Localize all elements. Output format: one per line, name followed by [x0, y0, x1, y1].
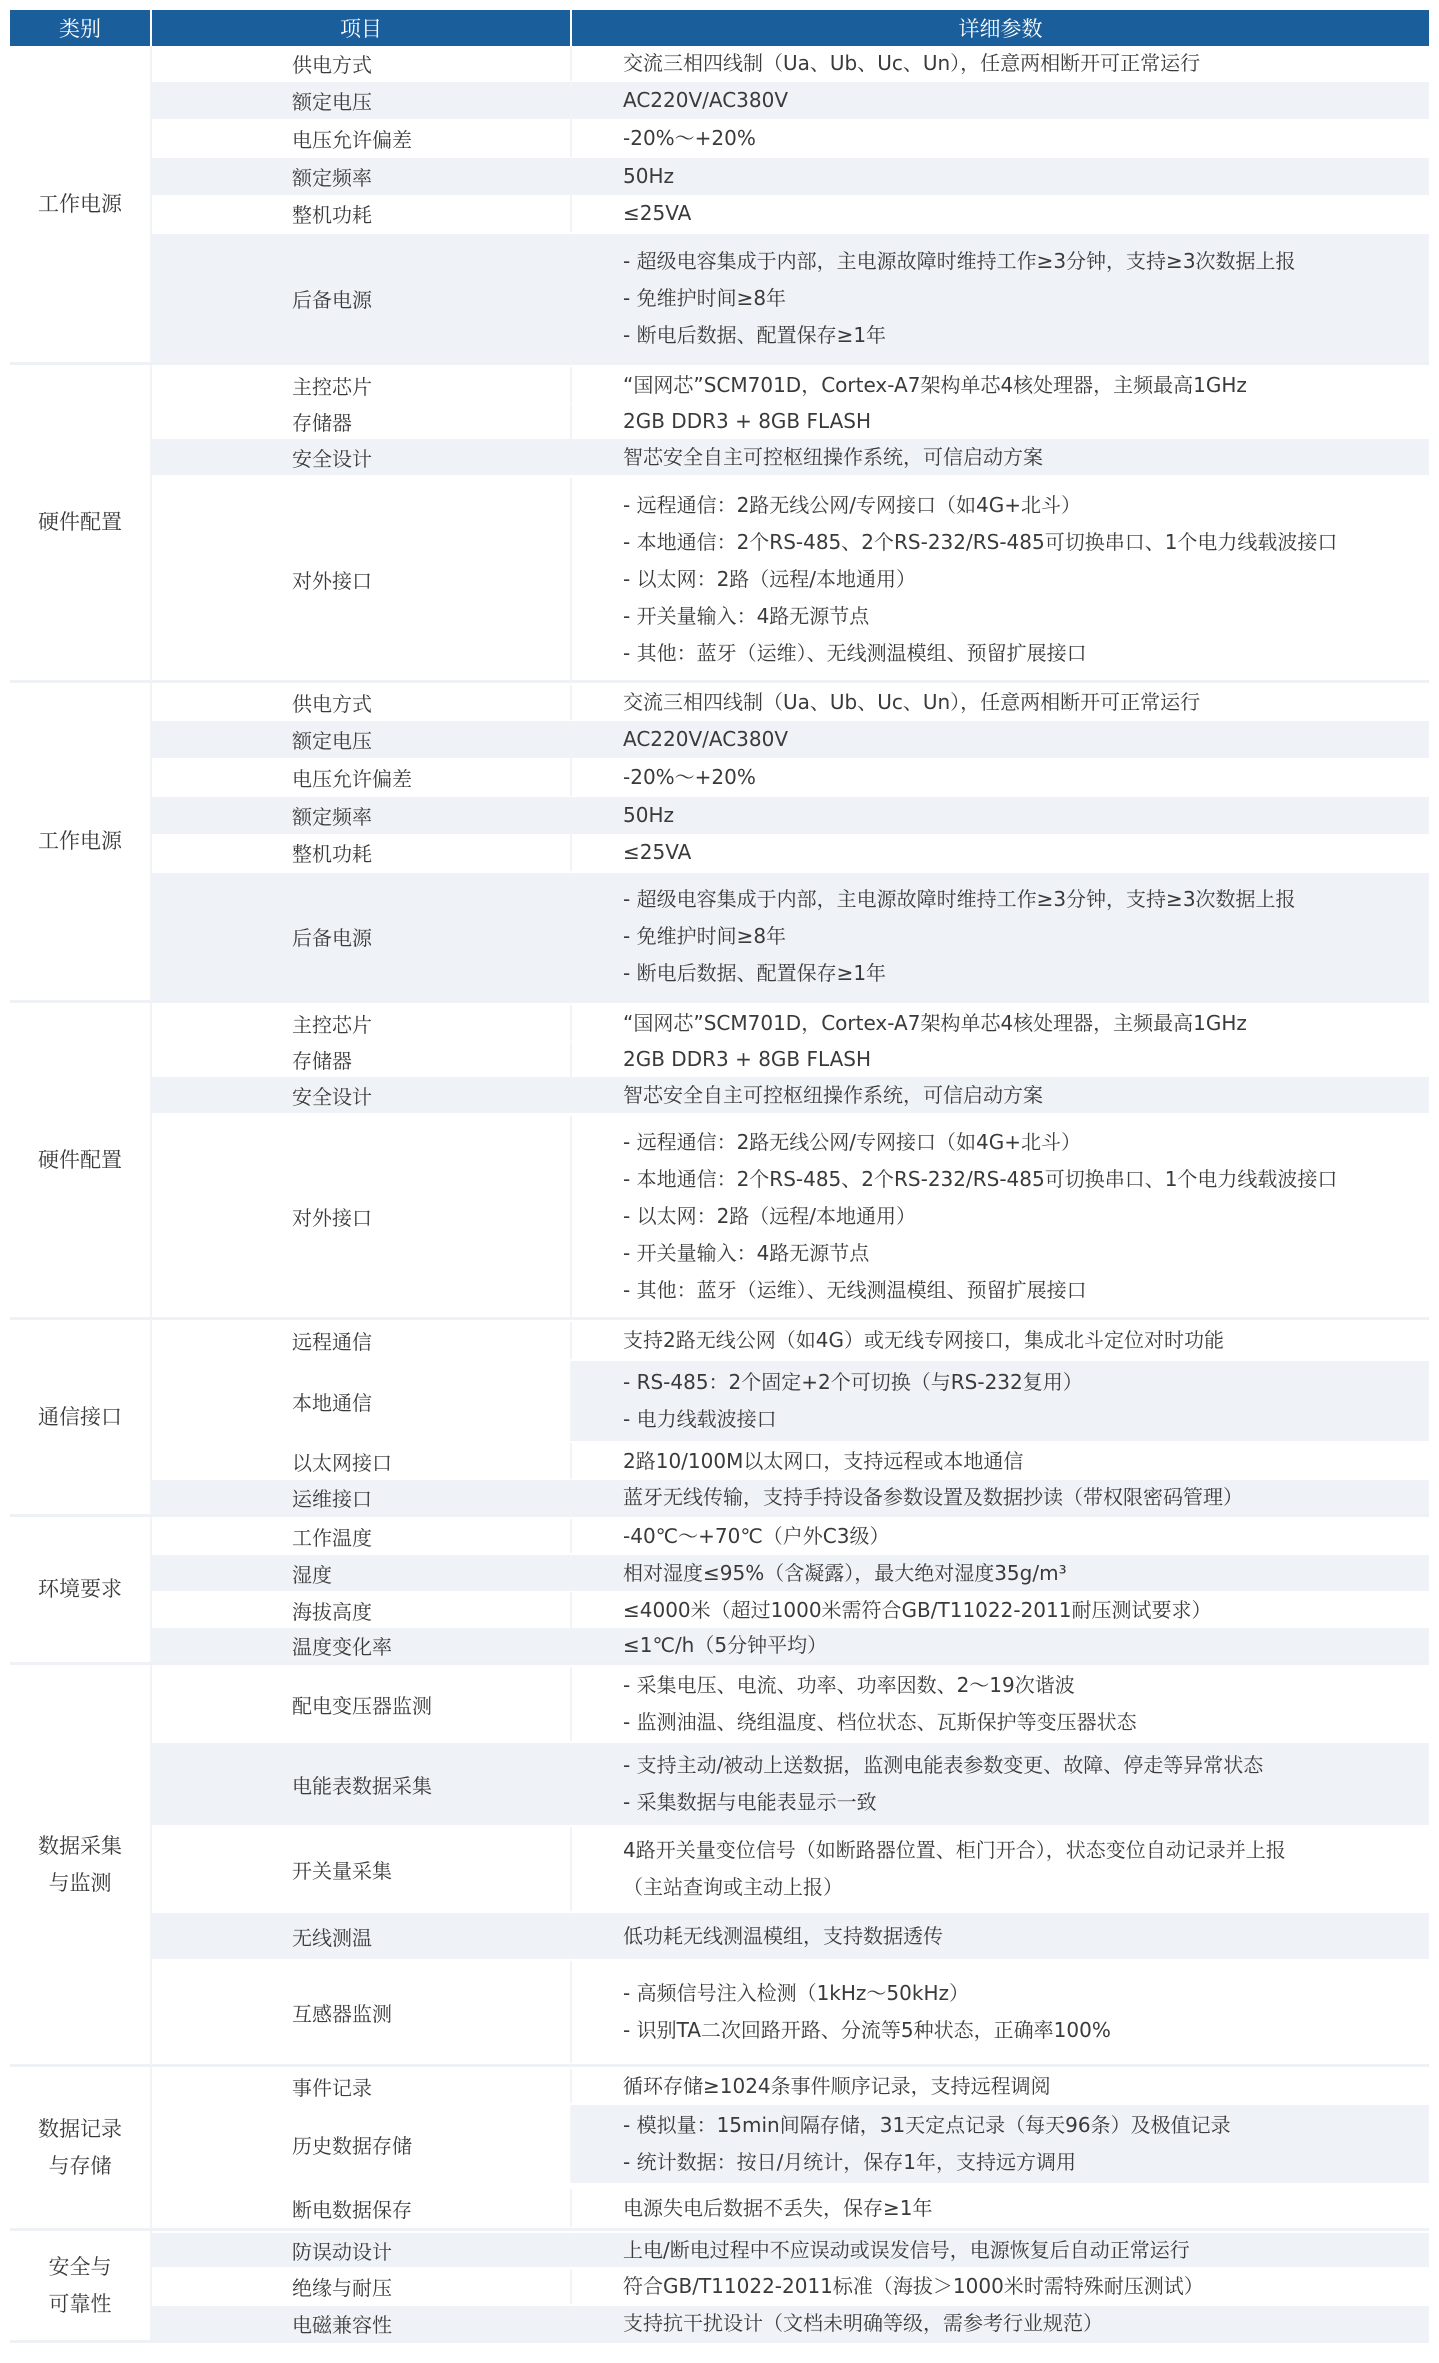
detail-line: - 开关量输入：4路无源节点 [623, 598, 1429, 635]
item-label: 整机功耗 [292, 838, 570, 867]
item-label: 对外接口 [292, 565, 570, 594]
detail-cell: ≤25VA [572, 834, 1429, 871]
detail-line: - 超级电容集成于内部，主电源故障时维持工作≥3分钟，支持≥3次数据上报 [623, 243, 1429, 280]
detail-cell: - 远程通信：2路无线公网/专网接口（如4G+北斗）- 本地通信：2个RS-48… [572, 1116, 1429, 1317]
detail-line: ≤25VA [623, 195, 1429, 232]
detail-line: ≤25VA [623, 834, 1429, 871]
item-cell: 防误动设计 [152, 2233, 570, 2267]
item-label: 以太网接口 [292, 1447, 570, 1476]
detail-cell: 智芯安全自主可控枢纽操作系统，可信启动方案 [572, 439, 1429, 475]
table-row: 供电方式交流三相四线制（Ua、Ub、Uc、Un），任意两相断开可正常运行 [152, 685, 1429, 720]
item-cell: 存储器 [152, 1042, 570, 1077]
table-row: 后备电源- 超级电容集成于内部，主电源故障时维持工作≥3分钟，支持≥3次数据上报… [152, 873, 1429, 1000]
table-row: 额定频率50Hz [152, 158, 1429, 195]
item-label: 额定频率 [292, 801, 570, 830]
detail-line: 符合GB/T11022-2011标准（海拔＞1000米时需特殊耐压测试） [623, 2268, 1429, 2305]
table-row: 存储器2GB DDR3 + 8GB FLASH [152, 404, 1429, 439]
detail-line: - 开关量输入：4路无源节点 [623, 1235, 1429, 1272]
category-label: 工作电源 [38, 186, 122, 223]
item-cell: 主控芯片 [152, 367, 570, 403]
detail-cell: - 高频信号注入检测（1kHz～50kHz）- 识别TA二次回路开路、分流等5种… [572, 1961, 1429, 2063]
detail-cell: 50Hz [572, 797, 1429, 834]
detail-cell: ≤4000米（超过1000米需符合GB/T11022-2011耐压测试要求） [572, 1592, 1429, 1628]
category-label: 数据采集 [38, 1828, 122, 1865]
table-row: 历史数据存储- 模拟量：15min间隔存储，31天定点记录（每天96条）及极值记… [152, 2105, 1429, 2183]
item-cell: 本地通信 [152, 1361, 570, 1441]
detail-line: 相对湿度≤95%（含凝露），最大绝对湿度35g/m³ [623, 1555, 1429, 1592]
table-row: 无线测温低功耗无线测温模组，支持数据透传 [152, 1913, 1429, 1959]
detail-line: - 以太网：2路（远程/本地通用） [623, 561, 1429, 598]
detail-line: 支持抗干扰设计（文档未明确等级，需参考行业规范） [623, 2305, 1429, 2342]
table-section: 工作电源供电方式交流三相四线制（Ua、Ub、Uc、Un），任意两相断开可正常运行… [10, 46, 1429, 365]
item-cell: 额定频率 [152, 158, 570, 195]
detail-cell: 2GB DDR3 + 8GB FLASH [572, 404, 1429, 439]
detail-cell: ≤25VA [572, 195, 1429, 232]
category-cell: 环境要求 [10, 1517, 150, 1662]
item-cell: 开关量采集 [152, 1827, 570, 1911]
item-label: 电磁兼容性 [292, 2309, 570, 2338]
item-label: 额定电压 [292, 725, 570, 754]
item-cell: 运维接口 [152, 1480, 570, 1514]
detail-cell: 上电/断电过程中不应误动或误发信号，电源恢复后自动正常运行 [572, 2233, 1429, 2267]
item-cell: 电磁兼容性 [152, 2306, 570, 2340]
item-cell: 断电数据保存 [152, 2189, 570, 2227]
category-cell: 工作电源 [10, 46, 150, 362]
category-cell: 通信接口 [10, 1320, 150, 1514]
table-row: 开关量采集4路开关量变位信号（如断路器位置、柜门开合），状态变位自动记录并上报（… [152, 1827, 1429, 1911]
item-label: 主控芯片 [292, 371, 570, 400]
category-cell: 数据记录与存储 [10, 2067, 150, 2228]
detail-line: -20%～+20% [623, 120, 1429, 157]
category-cell: 硬件配置 [10, 365, 150, 680]
item-cell: 后备电源 [152, 873, 570, 1000]
item-label: 防误动设计 [292, 2236, 570, 2265]
table-row: 整机功耗≤25VA [152, 834, 1429, 871]
category-label: 硬件配置 [38, 504, 122, 541]
detail-cell: -40℃～+70℃（户外C3级） [572, 1519, 1429, 1553]
item-label: 绝缘与耐压 [292, 2272, 570, 2301]
header-category: 类别 [10, 10, 150, 46]
detail-line: - 本地通信：2个RS-485、2个RS-232/RS-485可切换串口、1个电… [623, 1161, 1429, 1198]
item-label: 安全设计 [292, 1081, 570, 1110]
detail-cell: “国网芯”SCM701D，Cortex-A7架构单芯4核处理器，主频最高1GHz [572, 1005, 1429, 1041]
item-cell: 安全设计 [152, 1077, 570, 1113]
table-section: 数据采集与监测配电变压器监测- 采集电压、电流、功率、功率因数、2～19次谐波-… [10, 1665, 1429, 2067]
detail-line: - 采集数据与电能表显示一致 [623, 1784, 1429, 1821]
detail-cell: AC220V/AC380V [572, 82, 1429, 119]
item-cell: 电能表数据采集 [152, 1743, 570, 1825]
detail-line: （主站查询或主动上报） [623, 1869, 1429, 1906]
category-label: 硬件配置 [38, 1142, 122, 1179]
table-row: 防误动设计上电/断电过程中不应误动或误发信号，电源恢复后自动正常运行 [152, 2233, 1429, 2267]
table-section: 通信接口远程通信支持2路无线公网（如4G）或无线专网接口，集成北斗定位对时功能本… [10, 1320, 1429, 1517]
detail-cell: 2GB DDR3 + 8GB FLASH [572, 1042, 1429, 1077]
column-divider [150, 1517, 152, 1662]
item-cell: 以太网接口 [152, 1443, 570, 1479]
item-label: 本地通信 [292, 1387, 570, 1416]
table-section: 数据记录与存储事件记录循环存储≥1024条事件顺序记录，支持远程调阅历史数据存储… [10, 2067, 1429, 2231]
detail-line: 蓝牙无线传输，支持手持设备参数设置及数据抄读（带权限密码管理） [623, 1479, 1429, 1516]
table-row: 海拔高度≤4000米（超过1000米需符合GB/T11022-2011耐压测试要… [152, 1592, 1429, 1628]
item-label: 互感器监测 [292, 1998, 570, 2027]
table-row: 本地通信- RS-485：2个固定+2个可切换（与RS-232复用）- 电力线载… [152, 1361, 1429, 1441]
detail-cell: 支持2路无线公网（如4G）或无线专网接口，集成北斗定位对时功能 [572, 1322, 1429, 1359]
detail-cell: - RS-485：2个固定+2个可切换（与RS-232复用）- 电力线载波接口 [572, 1361, 1429, 1441]
detail-cell: AC220V/AC380V [572, 721, 1429, 758]
detail-cell: 交流三相四线制（Ua、Ub、Uc、Un），任意两相断开可正常运行 [572, 46, 1429, 81]
detail-line: 上电/断电过程中不应误动或误发信号，电源恢复后自动正常运行 [623, 2232, 1429, 2269]
detail-line: - 本地通信：2个RS-485、2个RS-232/RS-485可切换串口、1个电… [623, 524, 1429, 561]
table-section: 硬件配置主控芯片“国网芯”SCM701D，Cortex-A7架构单芯4核处理器，… [10, 1003, 1429, 1320]
detail-line: 低功耗无线测温模组，支持数据透传 [623, 1918, 1429, 1955]
category-label: 可靠性 [49, 2286, 112, 2323]
detail-line: “国网芯”SCM701D，Cortex-A7架构单芯4核处理器，主频最高1GHz [623, 1005, 1429, 1042]
item-label: 湿度 [292, 1559, 570, 1588]
table-row: 绝缘与耐压符合GB/T11022-2011标准（海拔＞1000米时需特殊耐压测试… [152, 2269, 1429, 2304]
detail-line: - 统计数据：按日/月统计，保存1年，支持远方调用 [623, 2144, 1429, 2181]
column-divider [150, 365, 152, 680]
table-row: 主控芯片“国网芯”SCM701D，Cortex-A7架构单芯4核处理器，主频最高… [152, 1005, 1429, 1041]
item-label: 工作温度 [292, 1522, 570, 1551]
table-row: 互感器监测- 高频信号注入检测（1kHz～50kHz）- 识别TA二次回路开路、… [152, 1961, 1429, 2063]
item-label: 整机功耗 [292, 199, 570, 228]
detail-line: - 采集电压、电流、功率、功率因数、2～19次谐波 [623, 1667, 1429, 1704]
category-cell: 硬件配置 [10, 1003, 150, 1317]
item-cell: 配电变压器监测 [152, 1667, 570, 1741]
detail-cell: “国网芯”SCM701D，Cortex-A7架构单芯4核处理器，主频最高1GHz [572, 367, 1429, 403]
table-row: 电能表数据采集- 支持主动/被动上送数据，监测电能表参数变更、故障、停走等异常状… [152, 1743, 1429, 1825]
item-cell: 整机功耗 [152, 195, 570, 232]
detail-line: 2GB DDR3 + 8GB FLASH [623, 403, 1429, 440]
item-label: 电压允许偏差 [292, 124, 570, 153]
detail-line: - 断电后数据、配置保存≥1年 [623, 317, 1429, 354]
detail-cell: - 模拟量：15min间隔存储，31天定点记录（每天96条）及极值记录- 统计数… [572, 2105, 1429, 2183]
table-row: 安全设计智芯安全自主可控枢纽操作系统，可信启动方案 [152, 439, 1429, 475]
table-row: 断电数据保存电源失电后数据不丢失，保存≥1年 [152, 2189, 1429, 2227]
column-divider [150, 1003, 152, 1317]
column-divider [150, 46, 152, 362]
header-detail: 详细参数 [572, 10, 1429, 46]
detail-line: 支持2路无线公网（如4G）或无线专网接口，集成北斗定位对时功能 [623, 1322, 1429, 1359]
item-cell: 额定电压 [152, 721, 570, 758]
item-label: 存储器 [292, 407, 570, 436]
table-row: 安全设计智芯安全自主可控枢纽操作系统，可信启动方案 [152, 1077, 1429, 1113]
category-cell: 安全与可靠性 [10, 2231, 150, 2340]
detail-line: - 远程通信：2路无线公网/专网接口（如4G+北斗） [623, 1124, 1429, 1161]
item-cell: 湿度 [152, 1555, 570, 1591]
detail-line: - 远程通信：2路无线公网/专网接口（如4G+北斗） [623, 487, 1429, 524]
detail-line: - 其他：蓝牙（运维）、无线测温模组、预留扩展接口 [623, 1272, 1429, 1309]
detail-line: 智芯安全自主可控枢纽操作系统，可信启动方案 [623, 439, 1429, 476]
detail-line: ≤4000米（超过1000米需符合GB/T11022-2011耐压测试要求） [623, 1592, 1429, 1629]
detail-line: -40℃～+70℃（户外C3级） [623, 1518, 1429, 1555]
detail-line: - 以太网：2路（远程/本地通用） [623, 1198, 1429, 1235]
item-label: 事件记录 [292, 2072, 570, 2101]
table-row: 运维接口蓝牙无线传输，支持手持设备参数设置及数据抄读（带权限密码管理） [152, 1480, 1429, 1514]
detail-line: 50Hz [623, 158, 1429, 195]
detail-line: - RS-485：2个固定+2个可切换（与RS-232复用） [623, 1364, 1429, 1401]
item-label: 对外接口 [292, 1202, 570, 1231]
category-label: 与监测 [38, 1865, 122, 1902]
column-divider [150, 683, 152, 1000]
detail-cell: - 超级电容集成于内部，主电源故障时维持工作≥3分钟，支持≥3次数据上报- 免维… [572, 234, 1429, 362]
detail-cell: 相对湿度≤95%（含凝露），最大绝对湿度35g/m³ [572, 1555, 1429, 1591]
table-row: 湿度相对湿度≤95%（含凝露），最大绝对湿度35g/m³ [152, 1555, 1429, 1591]
item-cell: 电压允许偏差 [152, 758, 570, 796]
item-cell: 远程通信 [152, 1322, 570, 1359]
item-cell: 存储器 [152, 404, 570, 439]
table-section: 硬件配置主控芯片“国网芯”SCM701D，Cortex-A7架构单芯4核处理器，… [10, 365, 1429, 683]
item-cell: 工作温度 [152, 1519, 570, 1553]
item-cell: 供电方式 [152, 46, 570, 81]
item-label: 主控芯片 [292, 1009, 570, 1038]
item-label: 供电方式 [292, 688, 570, 717]
detail-line: - 断电后数据、配置保存≥1年 [623, 955, 1429, 992]
column-divider [150, 1320, 152, 1514]
detail-cell: - 支持主动/被动上送数据，监测电能表参数变更、故障、停走等异常状态- 采集数据… [572, 1743, 1429, 1825]
item-label: 断电数据保存 [292, 2194, 570, 2223]
category-label: 数据记录 [38, 2111, 122, 2148]
item-label: 运维接口 [292, 1483, 570, 1512]
item-cell: 主控芯片 [152, 1005, 570, 1041]
category-cell: 工作电源 [10, 683, 150, 1000]
table-row: 电压允许偏差-20%～+20% [152, 119, 1429, 157]
header-item: 项目 [152, 10, 570, 46]
detail-line: - 其他：蓝牙（运维）、无线测温模组、预留扩展接口 [623, 635, 1429, 672]
item-label: 存储器 [292, 1045, 570, 1074]
item-cell: 额定频率 [152, 797, 570, 834]
item-label: 后备电源 [292, 922, 570, 951]
detail-cell: 低功耗无线测温模组，支持数据透传 [572, 1913, 1429, 1959]
detail-cell: -20%～+20% [572, 758, 1429, 796]
detail-line: - 模拟量：15min间隔存储，31天定点记录（每天96条）及极值记录 [623, 2107, 1429, 2144]
detail-line: 电源失电后数据不丢失，保存≥1年 [623, 2190, 1429, 2227]
detail-line: - 免维护时间≥8年 [623, 280, 1429, 317]
item-cell: 无线测温 [152, 1913, 570, 1959]
item-cell: 电压允许偏差 [152, 119, 570, 157]
table-row: 存储器2GB DDR3 + 8GB FLASH [152, 1042, 1429, 1077]
item-cell: 历史数据存储 [152, 2105, 570, 2183]
table-row: 电压允许偏差-20%～+20% [152, 758, 1429, 796]
item-label: 电压允许偏差 [292, 763, 570, 792]
detail-line: - 高频信号注入检测（1kHz～50kHz） [623, 1975, 1429, 2012]
detail-line: 2路10/100M以太网口，支持远程或本地通信 [623, 1443, 1429, 1480]
detail-cell: 2路10/100M以太网口，支持远程或本地通信 [572, 1443, 1429, 1479]
detail-line: - 电力线载波接口 [623, 1401, 1429, 1438]
item-cell: 对外接口 [152, 1116, 570, 1317]
item-label: 安全设计 [292, 443, 570, 472]
detail-cell: 智芯安全自主可控枢纽操作系统，可信启动方案 [572, 1077, 1429, 1113]
detail-cell: 50Hz [572, 158, 1429, 195]
item-label: 额定频率 [292, 162, 570, 191]
item-cell: 互感器监测 [152, 1961, 570, 2063]
detail-cell: 交流三相四线制（Ua、Ub、Uc、Un），任意两相断开可正常运行 [572, 685, 1429, 720]
item-label: 温度变化率 [292, 1631, 570, 1660]
column-divider [150, 1665, 152, 2064]
item-label: 无线测温 [292, 1922, 570, 1951]
detail-cell: 电源失电后数据不丢失，保存≥1年 [572, 2189, 1429, 2227]
table-section: 环境要求工作温度-40℃～+70℃（户外C3级）湿度相对湿度≤95%（含凝露），… [10, 1517, 1429, 1665]
item-cell: 对外接口 [152, 478, 570, 680]
detail-line: - 支持主动/被动上送数据，监测电能表参数变更、故障、停走等异常状态 [623, 1747, 1429, 1784]
detail-line: AC220V/AC380V [623, 82, 1429, 119]
table-row: 额定电压AC220V/AC380V [152, 82, 1429, 119]
detail-cell: 符合GB/T11022-2011标准（海拔＞1000米时需特殊耐压测试） [572, 2269, 1429, 2304]
detail-line: 4路开关量变位信号（如断路器位置、柜门开合），状态变位自动记录并上报 [623, 1832, 1429, 1869]
detail-line: “国网芯”SCM701D，Cortex-A7架构单芯4核处理器，主频最高1GHz [623, 367, 1429, 404]
item-label: 额定电压 [292, 86, 570, 115]
table-row: 后备电源- 超级电容集成于内部，主电源故障时维持工作≥3分钟，支持≥3次数据上报… [152, 234, 1429, 362]
category-label: 工作电源 [38, 823, 122, 860]
category-label: 与存储 [38, 2148, 122, 2185]
detail-line: 交流三相四线制（Ua、Ub、Uc、Un），任意两相断开可正常运行 [623, 684, 1429, 721]
table-row: 额定频率50Hz [152, 797, 1429, 834]
detail-cell: 蓝牙无线传输，支持手持设备参数设置及数据抄读（带权限密码管理） [572, 1480, 1429, 1514]
detail-line: 智芯安全自主可控枢纽操作系统，可信启动方案 [623, 1077, 1429, 1114]
detail-cell: - 超级电容集成于内部，主电源故障时维持工作≥3分钟，支持≥3次数据上报- 免维… [572, 873, 1429, 1000]
table-row: 工作温度-40℃～+70℃（户外C3级） [152, 1519, 1429, 1553]
category-label: 安全与 [49, 2249, 112, 2286]
item-cell: 海拔高度 [152, 1592, 570, 1628]
detail-line: 循环存储≥1024条事件顺序记录，支持远程调阅 [623, 2068, 1429, 2105]
detail-line: 2GB DDR3 + 8GB FLASH [623, 1041, 1429, 1078]
table-row: 温度变化率≤1℃/h（5分钟平均） [152, 1628, 1429, 1662]
item-cell: 安全设计 [152, 439, 570, 475]
table-row: 电磁兼容性支持抗干扰设计（文档未明确等级，需参考行业规范） [152, 2306, 1429, 2340]
item-label: 历史数据存储 [292, 2130, 570, 2159]
table-section: 工作电源供电方式交流三相四线制（Ua、Ub、Uc、Un），任意两相断开可正常运行… [10, 683, 1429, 1003]
item-cell: 事件记录 [152, 2069, 570, 2103]
item-label: 开关量采集 [292, 1855, 570, 1884]
table-section: 安全与可靠性防误动设计上电/断电过程中不应误动或误发信号，电源恢复后自动正常运行… [10, 2231, 1429, 2343]
detail-line: 50Hz [623, 797, 1429, 834]
item-cell: 绝缘与耐压 [152, 2269, 570, 2304]
detail-cell: - 远程通信：2路无线公网/专网接口（如4G+北斗）- 本地通信：2个RS-48… [572, 478, 1429, 680]
detail-cell: 支持抗干扰设计（文档未明确等级，需参考行业规范） [572, 2306, 1429, 2340]
detail-line: 交流三相四线制（Ua、Ub、Uc、Un），任意两相断开可正常运行 [623, 45, 1429, 82]
table-row: 额定电压AC220V/AC380V [152, 721, 1429, 758]
detail-line: - 监测油温、绕组温度、档位状态、瓦斯保护等变压器状态 [623, 1704, 1429, 1741]
item-label: 海拔高度 [292, 1596, 570, 1625]
table-row: 配电变压器监测- 采集电压、电流、功率、功率因数、2～19次谐波- 监测油温、绕… [152, 1667, 1429, 1741]
detail-line: ≤1℃/h（5分钟平均） [623, 1627, 1429, 1664]
item-label: 电能表数据采集 [292, 1770, 570, 1799]
item-cell: 额定电压 [152, 82, 570, 119]
table-row: 主控芯片“国网芯”SCM701D，Cortex-A7架构单芯4核处理器，主频最高… [152, 367, 1429, 403]
detail-line: - 超级电容集成于内部，主电源故障时维持工作≥3分钟，支持≥3次数据上报 [623, 881, 1429, 918]
detail-cell: - 采集电压、电流、功率、功率因数、2～19次谐波- 监测油温、绕组温度、档位状… [572, 1667, 1429, 1741]
detail-cell: ≤1℃/h（5分钟平均） [572, 1628, 1429, 1662]
table-row: 远程通信支持2路无线公网（如4G）或无线专网接口，集成北斗定位对时功能 [152, 1322, 1429, 1359]
table-row: 对外接口- 远程通信：2路无线公网/专网接口（如4G+北斗）- 本地通信：2个R… [152, 1116, 1429, 1317]
detail-line: -20%～+20% [623, 759, 1429, 796]
category-label: 环境要求 [38, 1571, 122, 1608]
detail-cell: 4路开关量变位信号（如断路器位置、柜门开合），状态变位自动记录并上报（主站查询或… [572, 1827, 1429, 1911]
table-row: 整机功耗≤25VA [152, 195, 1429, 232]
category-cell: 数据采集与监测 [10, 1665, 150, 2064]
item-label: 配电变压器监测 [292, 1690, 570, 1719]
item-cell: 供电方式 [152, 685, 570, 720]
detail-cell: 循环存储≥1024条事件顺序记录，支持远程调阅 [572, 2069, 1429, 2103]
item-label: 后备电源 [292, 284, 570, 313]
detail-line: - 免维护时间≥8年 [623, 918, 1429, 955]
item-label: 远程通信 [292, 1326, 570, 1355]
table-row: 以太网接口2路10/100M以太网口，支持远程或本地通信 [152, 1443, 1429, 1479]
detail-line: - 识别TA二次回路开路、分流等5种状态，正确率100% [623, 2012, 1429, 2049]
item-cell: 后备电源 [152, 234, 570, 362]
item-cell: 温度变化率 [152, 1628, 570, 1662]
category-label: 通信接口 [38, 1399, 122, 1436]
table-row: 对外接口- 远程通信：2路无线公网/专网接口（如4G+北斗）- 本地通信：2个R… [152, 478, 1429, 680]
item-cell: 整机功耗 [152, 834, 570, 871]
table-row: 供电方式交流三相四线制（Ua、Ub、Uc、Un），任意两相断开可正常运行 [152, 46, 1429, 81]
column-divider [150, 2067, 152, 2228]
item-label: 供电方式 [292, 49, 570, 78]
table-row: 事件记录循环存储≥1024条事件顺序记录，支持远程调阅 [152, 2069, 1429, 2103]
column-divider [150, 2231, 152, 2340]
detail-cell: -20%～+20% [572, 119, 1429, 157]
detail-line: AC220V/AC380V [623, 721, 1429, 758]
